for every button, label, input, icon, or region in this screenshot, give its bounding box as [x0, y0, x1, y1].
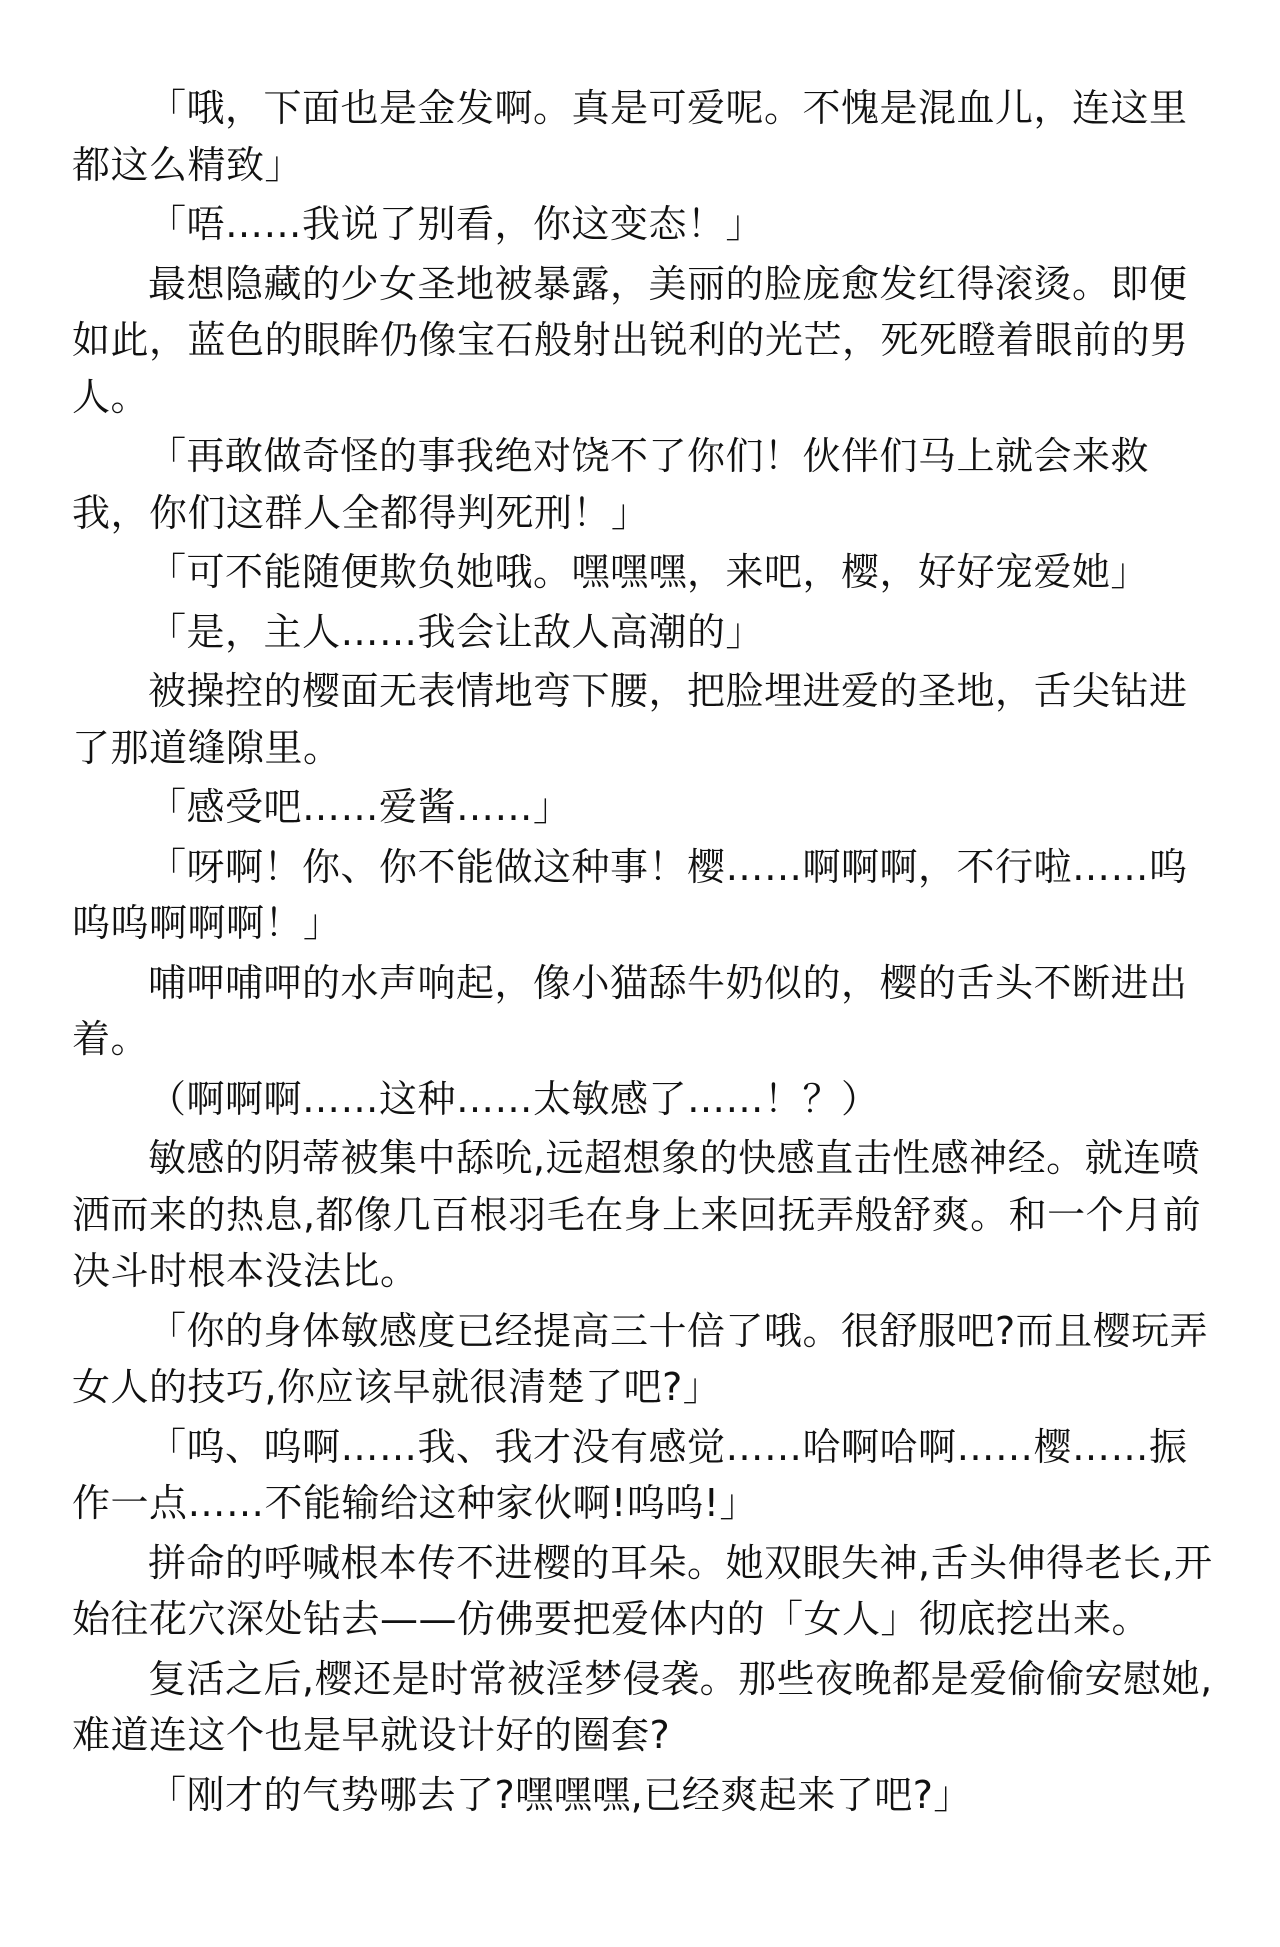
document-page: 「哦，下面也是金发啊。真是可爱呢。不愧是混血儿，连这里都这么精致」 「唔……我说… — [0, 0, 1280, 1947]
paragraph: 拼命的呼喊根本传不进樱的耳朵。她双眼失神,舌头伸得老长,开始往花穴深处钻去——仿… — [72, 1535, 1222, 1648]
paragraph: 「哦，下面也是金发啊。真是可爱呢。不愧是混血儿，连这里都这么精致」 — [72, 80, 1222, 193]
paragraph: 「你的身体敏感度已经提高三十倍了哦。很舒服吧?而且樱玩弄女人的技巧,你应该早就很… — [72, 1303, 1222, 1416]
paragraph: 最想隐藏的少女圣地被暴露，美丽的脸庞愈发红得滚烫。即便如此，蓝色的眼眸仍像宝石般… — [72, 256, 1222, 426]
paragraph: 「再敢做奇怪的事我绝对饶不了你们！伙伴们马上就会来救我，你们这群人全都得判死刑！… — [72, 428, 1222, 541]
paragraph: 「呀啊！你、你不能做这种事！樱……啊啊啊，不行啦……呜呜呜啊啊啊！」 — [72, 839, 1222, 952]
paragraph: 「唔……我说了别看，你这变态！」 — [72, 196, 1222, 253]
paragraph: 被操控的樱面无表情地弯下腰，把脸埋进爱的圣地，舌尖钻进了那道缝隙里。 — [72, 663, 1222, 776]
paragraph: （啊啊啊……这种……太敏感了……！？） — [72, 1071, 1222, 1128]
document-body: 「哦，下面也是金发啊。真是可爱呢。不愧是混血儿，连这里都这么精致」 「唔……我说… — [72, 80, 1222, 1826]
paragraph: 「呜、呜啊……我、我才没有感觉……哈啊哈啊……樱……振作一点……不能输给这种家伙… — [72, 1419, 1222, 1532]
paragraph: 「刚才的气势哪去了?嘿嘿嘿,已经爽起来了吧?」 — [72, 1767, 1222, 1824]
paragraph: 「感受吧……爱酱……」 — [72, 779, 1222, 836]
paragraph: 「可不能随便欺负她哦。嘿嘿嘿，来吧，樱，好好宠爱她」 — [72, 544, 1222, 601]
paragraph: 复活之后,樱还是时常被淫梦侵袭。那些夜晚都是爱偷偷安慰她,难道连这个也是早就设计… — [72, 1651, 1222, 1764]
paragraph: 「是，主人……我会让敌人高潮的」 — [72, 604, 1222, 661]
paragraph: 哺呷哺呷的水声响起，像小猫舔牛奶似的，樱的舌头不断进出着。 — [72, 955, 1222, 1068]
paragraph: 敏感的阴蒂被集中舔吮,远超想象的快感直击性感神经。就连喷洒而来的热息,都像几百根… — [72, 1130, 1222, 1300]
